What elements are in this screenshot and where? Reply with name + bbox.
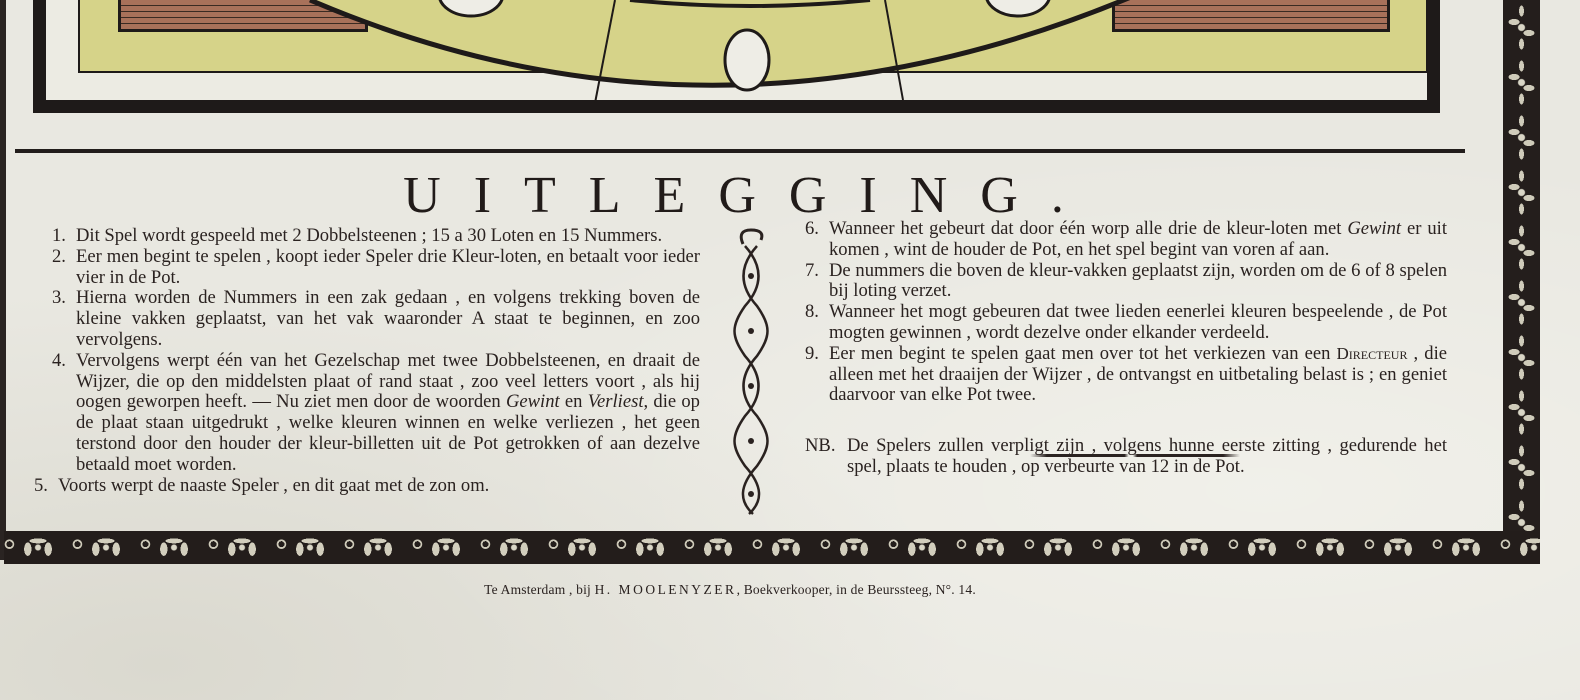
emphasis-gewint: Gewint [1347, 218, 1401, 239]
rule-1: 1. Dit Spel wordt gespeeld met 2 Dobbels… [34, 226, 700, 247]
ornamental-chain-divider [733, 226, 769, 516]
publisher-imprint: Te Amsterdam , bij H. MOOLENYZER, Boekve… [350, 582, 1110, 598]
rule-text: Wanneer het gebeurt dat door één worp al… [829, 219, 1447, 261]
rule-text: Dit Spel wordt gespeeld met 2 Dobbelstee… [76, 226, 700, 247]
rule-text: Vervolgens werpt één van het Gezelschap … [76, 351, 700, 476]
nb-label: NB. [805, 436, 847, 478]
rule-text-part: en [560, 391, 588, 412]
bottom-ornamental-border [4, 531, 1540, 564]
imprint-publisher: H. MOOLENYZER [595, 582, 737, 597]
rule-text: De nummers die boven de kleur-vakken gep… [829, 261, 1447, 303]
rule-number: 9. [805, 344, 829, 406]
imprint-suffix: , Boekverkooper, in de Beurssteeg, N°. 1… [737, 582, 976, 597]
rule-text-part: Eer men begint te spelen gaat men over t… [829, 343, 1337, 364]
emphasis-gewint: Gewint [506, 391, 560, 412]
board-wheel [290, 0, 1290, 125]
rule-text-part: Wanneer het gebeurt dat door één worp al… [829, 218, 1347, 239]
rule-6: 6. Wanneer het gebeurt dat door één worp… [805, 219, 1447, 261]
rule-text: Voorts werpt de naaste Speler , en dit g… [58, 476, 700, 497]
rule-number: 8. [805, 302, 829, 344]
imprint-prefix: Te Amsterdam , bij [484, 582, 594, 597]
emphasis-verliest: Verliest [588, 391, 644, 412]
rule-4: 4. Vervolgens werpt één van het Gezelsch… [34, 351, 700, 476]
rule-number: 1. [52, 226, 76, 247]
rule-number: 2. [52, 247, 76, 289]
right-ornamental-border [1503, 0, 1540, 552]
board-hole-center [725, 30, 769, 90]
rule-number: 5. [34, 476, 58, 497]
rule-5: 5. Voorts werpt de naaste Speler , en di… [34, 476, 700, 497]
rule-3: 3. Hierna worden de Nummers in een zak g… [34, 288, 700, 350]
rule-text: Eer men begint te spelen , koopt ieder S… [76, 247, 700, 289]
rule-text: Hierna worden de Nummers in een zak geda… [76, 288, 700, 350]
rule-number: 6. [805, 219, 829, 261]
rule-7: 7. De nummers die boven de kleur-vakken … [805, 261, 1447, 303]
rule-9: 9. Eer men begint te spelen gaat men ove… [805, 344, 1447, 406]
rule-8: 8. Wanneer het mogt gebeuren dat twee li… [805, 302, 1447, 344]
page-title: UITLEGGING. [360, 168, 1140, 224]
horizontal-rule [15, 149, 1465, 153]
directeur-smallcaps: Directeur [1337, 344, 1408, 363]
rules-column-right: 6. Wanneer het gebeurt dat door één worp… [805, 219, 1447, 478]
left-edge-border [0, 0, 6, 560]
rule-text: Eer men begint te spelen gaat men over t… [829, 344, 1447, 406]
rule-number: 7. [805, 261, 829, 303]
rules-column-left: 1. Dit Spel wordt gespeeld met 2 Dobbels… [34, 226, 700, 496]
rule-2: 2. Eer men begint te spelen , koopt iede… [34, 247, 700, 289]
rule-number: 4. [52, 351, 76, 476]
rule-text: Wanneer het mogt gebeuren dat twee liede… [829, 302, 1447, 344]
rule-number: 3. [52, 288, 76, 350]
section-divider [1030, 454, 1240, 457]
